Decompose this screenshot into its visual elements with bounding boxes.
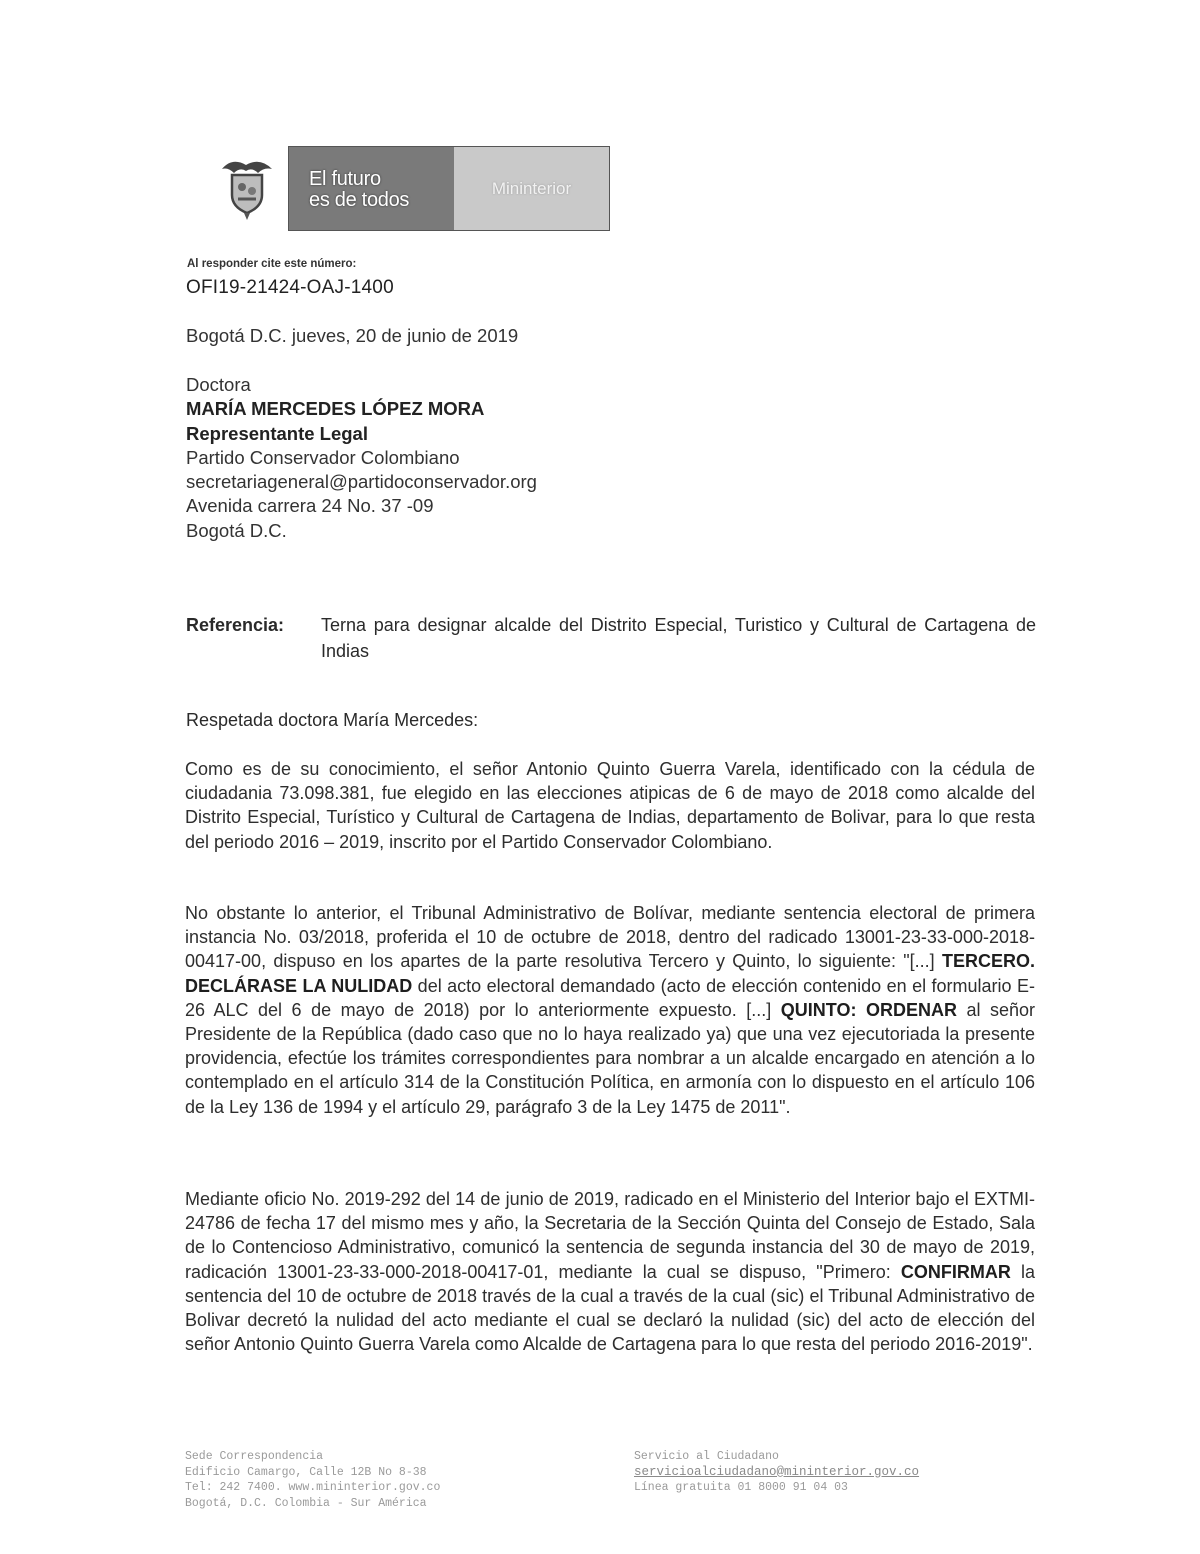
footer-correspondence: Sede Correspondencia Edificio Camargo, C…: [185, 1449, 440, 1511]
p2-bold-quinto: QUINTO: ORDENAR: [781, 1000, 957, 1020]
body-paragraph-2: No obstante lo anterior, el Tribunal Adm…: [185, 901, 1035, 1119]
subject-text: Terna para designar alcalde del Distrito…: [321, 612, 1036, 664]
recipient-block: Doctora MARÍA MERCEDES LÓPEZ MORA Repres…: [186, 373, 537, 543]
subject-label: Referencia:: [186, 612, 321, 664]
footer-right-title: Servicio al Ciudadano: [634, 1449, 919, 1465]
footer-left-address: Edificio Camargo, Calle 12B No 8-38: [185, 1465, 440, 1481]
ministry-name: Mininterior: [454, 147, 609, 230]
colombia-coat-of-arms-icon: [218, 155, 276, 221]
cite-label: Al responder cite este número:: [187, 258, 356, 270]
p3-bold-confirmar: CONFIRMAR: [901, 1262, 1011, 1282]
recipient-email: secretariageneral@partidoconservador.org: [186, 470, 537, 494]
footer-right-hotline: Línea gratuita 01 8000 91 04 03: [634, 1480, 919, 1496]
recipient-address: Avenida carrera 24 No. 37 -09: [186, 494, 537, 518]
recipient-title: Doctora: [186, 373, 537, 397]
cite-number: OFI19-21424-OAJ-1400: [186, 277, 394, 299]
recipient-city: Bogotá D.C.: [186, 519, 537, 543]
p2-text-a: No obstante lo anterior, el Tribunal Adm…: [185, 903, 1035, 971]
slogan-line-2: es de todos: [309, 190, 454, 211]
footer-left-city: Bogotá, D.C. Colombia - Sur América: [185, 1496, 440, 1512]
government-logo: El futuro es de todos Mininterior: [288, 146, 610, 231]
body-paragraph-3: Mediante oficio No. 2019-292 del 14 de j…: [185, 1187, 1035, 1356]
footer-right-email-link[interactable]: servicioalciudadano@mininterior.gov.co: [634, 1465, 919, 1481]
salutation: Respetada doctora María Mercedes:: [186, 710, 478, 731]
slogan: El futuro es de todos: [289, 147, 454, 230]
slogan-line-1: El futuro: [309, 169, 454, 190]
recipient-name: MARÍA MERCEDES LÓPEZ MORA: [186, 397, 537, 421]
footer-left-title: Sede Correspondencia: [185, 1449, 440, 1465]
date-line: Bogotá D.C. jueves, 20 de junio de 2019: [186, 325, 518, 347]
recipient-organization: Partido Conservador Colombiano: [186, 446, 537, 470]
recipient-role: Representante Legal: [186, 422, 537, 446]
footer-left-phone-web: Tel: 242 7400. www.mininterior.gov.co: [185, 1480, 440, 1496]
body-paragraph-1: Como es de su conocimiento, el señor Ant…: [185, 757, 1035, 854]
footer-citizen-service: Servicio al Ciudadano servicioalciudadan…: [634, 1449, 919, 1496]
subject-reference: Referencia: Terna para designar alcalde …: [186, 612, 1036, 664]
